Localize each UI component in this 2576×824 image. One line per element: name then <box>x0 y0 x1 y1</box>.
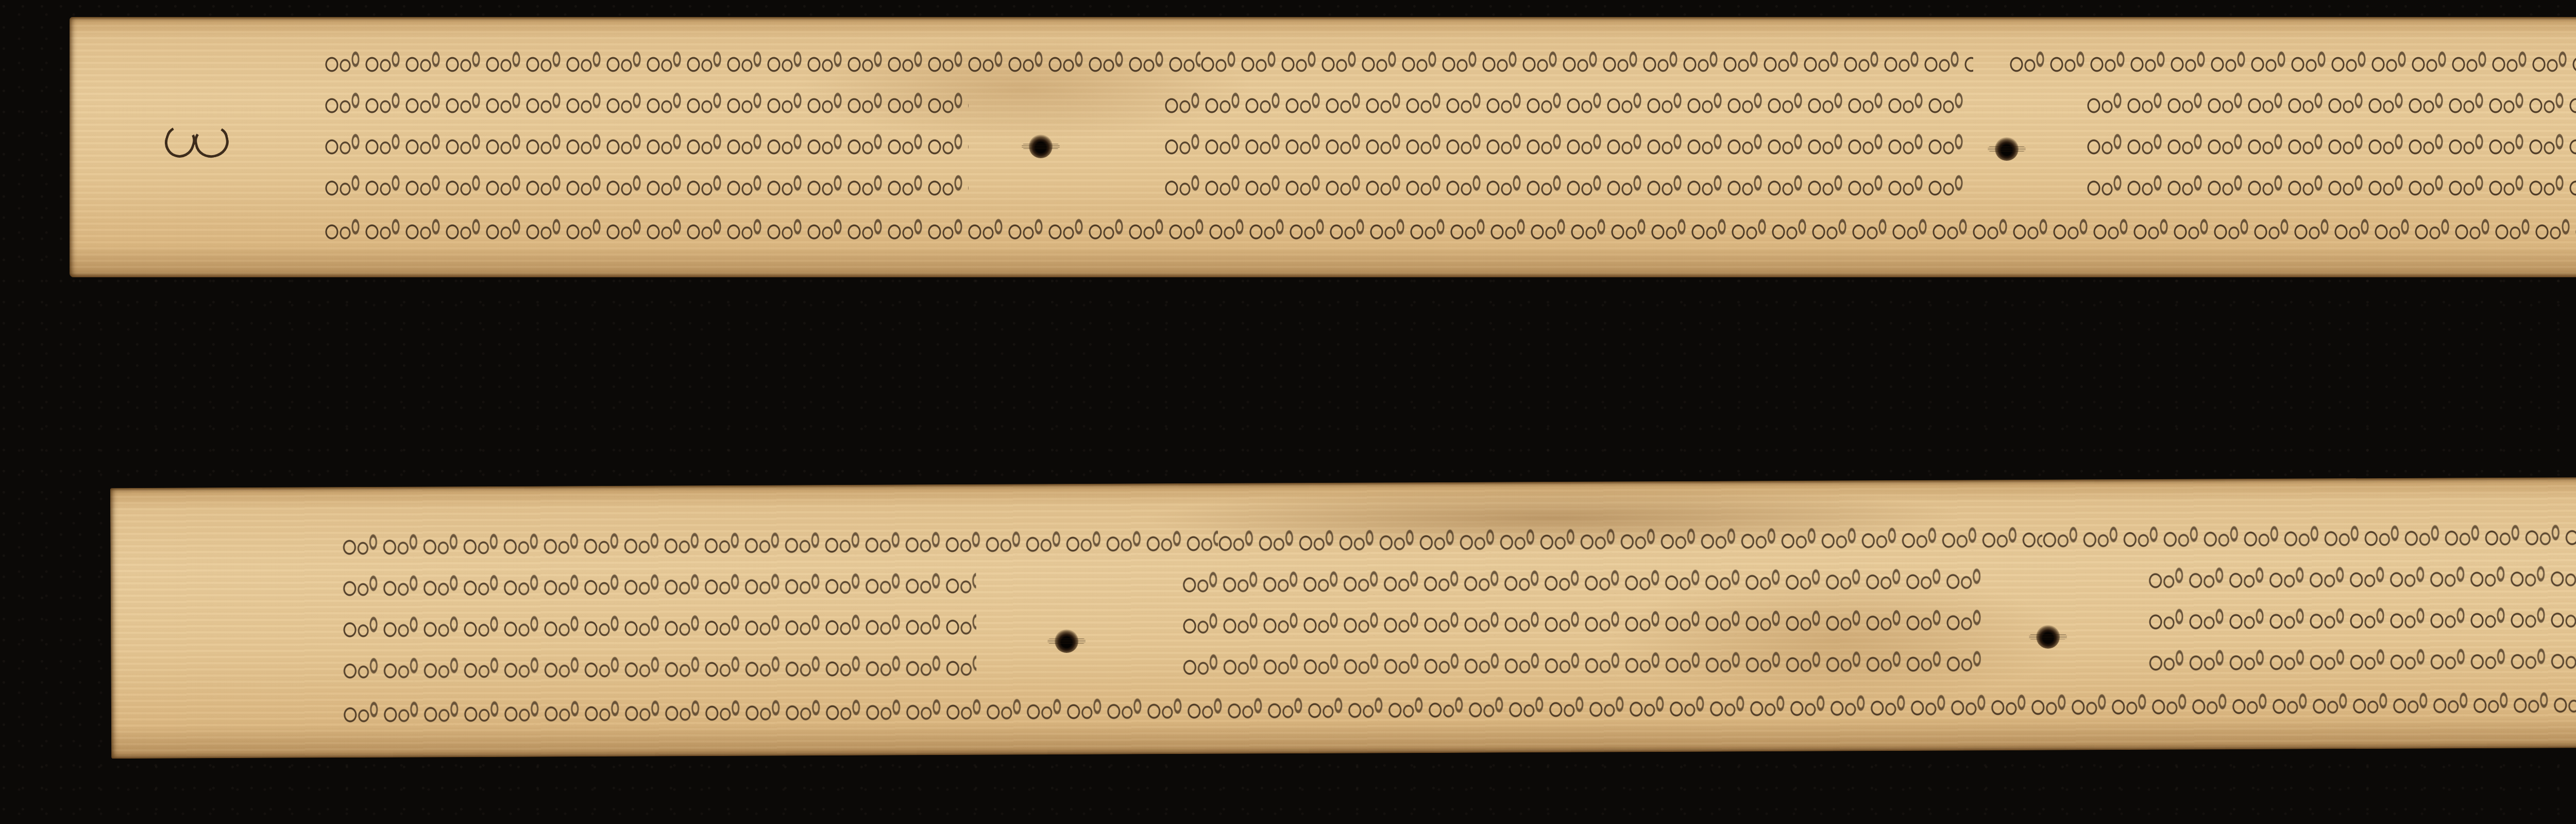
text-line: ᬧᬸᬲᬶᬤᬾᬚ᭄ᬬᬲᬵᬫᬶᬢᬶᬲᬫ᭄ᬧ᭄ᬬᬲ᭄ᬢᬶᬓᬸᬲᬲᬵᬯᬬᬲᬶᬢᬓ᭄ᬓᬯᬢ… <box>342 527 1218 560</box>
text-line: ᬤᬶᬧᬸᬓᬶᬲᬵᬲᬬᬓ᭄ᬧ᭄ᬬᬓᬸᬓ᭄ᬓᬶᬲᬸᬤᬾᬲᬵᬧᬫᬓ᭄ᬓᬸᬤᬶ <box>2148 562 2576 593</box>
text-line-full: ᬲᬵᬓᬸᬓ᭄ᬓᬲᬵᬲᬸᬓ᭄ᬓᬤᬾᬬᬾᬯᬸᬧᬶᬓᬸᬲᬵᬯᬬᬤᬤ᭄ᬓᬶᬤᬾᬫᬲᬾᬲᬸ… <box>343 688 2576 728</box>
text-line: ᬓᬸᬲᬸᬯᬢᬯᬾᬬᬓᬶᬬᬤᬶᬢᬯᬾᬬᬓᬶᬬᬤᬶᬬᬾᬫ᭄ᬩᬸᬢᬸᬮᬓ᭄ᬓᬸᬚ᭄ᬦᬶ… <box>1164 172 1963 200</box>
text-line: ᬫᬯᬬᬲᬤᬾᬢᬲᬶᬤᬾᬯᬾᬓᬸᬲᬸᬢᬶᬧ᭄ᬬᬾᬲᬸᬲᬯᬤᬶᬲᬸᬬᬫᬯᬓᬸᬤᬾᬲᬸ… <box>1182 606 1981 638</box>
text-line: ᬯᬗ᭄ᬕᬯᬶᬲᬗ᭄ᬕᬸᬓᬸᬲᬵᬯᬬᬸᬢᬶᬲᬶᬢᬸᬓᬢᬶᬯᬗ᭄ᬓ᭄ᬓᬸᬧᬸᬢᬲᬗ᭄… <box>2009 48 2576 77</box>
palm-leaf-2: ᬧᬸᬲᬶᬤᬾᬚ᭄ᬬᬲᬵᬫᬶᬢᬶᬲᬫ᭄ᬧ᭄ᬬᬲ᭄ᬢᬶᬓᬸᬲᬲᬵᬯᬬᬲᬶᬢᬓ᭄ᬓᬯᬢ… <box>110 476 2576 759</box>
leaf-number: ᭒᭒ <box>165 123 232 159</box>
text-line: ᬧᬲᬶᬧᬗ᭄ᬲᬸᬫᬸᬯᬶᬯᬶᬢᬸᬦ᭄ᬓᬸᬦᬾᬬᬾᬦᬾᬧᬧᬰᬶᬧᬗ᭄ᬕᬸᬓ᭄ᬓᬸᬢ… <box>325 172 969 200</box>
text-line: ᬓᬶᬤᬧᬢᬯᬬᬧᬲᬶᬲᬸᬧ᭄ᬬᬾᬓᬸᬧ᭄ᬬᬵᬓᬶᬤᬾᬓᬶᬤᬶᬢᬯᬓ᭄ᬓᬶᬧᬲᬶᬬ <box>343 569 976 601</box>
text-line: ᬲᬲᬸᬲᬸᬲᬵᬤᬸᬓ᭄ᬓᬸᬓᬸᬬᬾᬓᬸᬤᬾᬤᬸᬓ᭄ᬓᬸᬧ᭄ᬬᬓ᭄ᬓᬶᬫᬯᬤᬾᬲᬓ… <box>1182 647 1981 680</box>
text-line-full: ᬓ᭄ᬓᬧᬶᬧᬗ᭄ᬕᬸᬬᬾᬲᬾᬓᬾᬲᬾᬢ᭄ᬢᬯᬧᬶᬲᬗ᭄ᬕᬸᬬᬗ᭄ᬕᬸᬓ᭄ᬓᬸᬲᬸ… <box>325 215 2576 244</box>
text-line: ᬓᬸᬲᬸᬯᬢᬯᬾᬬᬓᬶᬬᬤᬶᬢᬯᬾᬬᬲᬶᬧᬶᬤᬶᬢᬶᬓ᭄ᬓᬯᬶᬫᬾᬬᬲᬵᬦᬦᬶᬲ… <box>1164 89 1963 118</box>
text-line: ᬲᬲᬸᬧᬸᬓᬸᬲ᭄ᬲᬧᬸᬲᬓᬢᬾᬬᬲᬸᬲᬵᬧᬸᬓ᭄ᬓᬸᬧ᭄ᬬᬓ᭄ᬓᬢᬵᬮᬾᬤᬾᬫ <box>2148 603 2576 634</box>
string-hole-left <box>1029 134 1053 158</box>
text-line: ᬫᬓᬢᬬᬵᬂᬧᬸᬦ᭄ᬦ᭄ᬬᬲᬾᬫᬲᬗ᭄ᬕᬸᬭᬸᬲᬶᬬᬾᬲᬢᬾᬕᬢᬶᬦ᭄ᬓᬸᬧᬵᬢ… <box>325 48 1200 77</box>
text-line: ᬯᬗ᭄ᬲᬦ᭄ᬢ᭄ᬭᬶᬫᬾᬢ᭄ᬢᬾᬯᬦᬵᬲᬶᬓᬸᬢᬵᬯᬶᬤ᭄ᬤᬾᬯᬾᬧᬸᬮᬾ᭞ <box>325 130 969 159</box>
text-line: ᬢᬶᬲᬸᬯᬢᬯᬾᬬᬓᬶᬦᬶᬲᬸᬯᬤᬶᬦᬢᬯᬬᬶᬓᬓᬸ <box>1200 48 1973 77</box>
text-line: ᬲᬶᬫᬓᬸᬓ᭄ᬓᬯᬤ᭄ᬧ᭄ᬬᬓᬸᬧ᭄ᬬᬲᬵᬫᬲᬸᬫᬯᬾᬮᬾᬤᬾᬯᬬᬶᬫ <box>343 652 976 683</box>
text-line: ᬧᬲᬶᬓᬸᬲ᭄ᬲᬸᬓᬫᬯᬤᬾᬲᬵᬓ᭄ᬲᬸᬯᬾᬫᬲᬸᬲ᭄ᬲᬯᬓᬸᬧᬢᬶᬓᬵᬲᬸᬤᬶ… <box>343 611 976 642</box>
text-line: ᬲᬬᬫᬓᬸᬓᬸᬤᬶᬬᬸᬓᬸᬤᬸᬓᬸᬓ᭄ᬓᬶᬓᬸᬓᬶᬫᬵᬤᬾᬮᬤᬾᬲᬵᬬᬶᬫ <box>2148 644 2576 676</box>
text-line: ᬧᬧᬸᬬᬫᬵᬲᬾᬤ᭄ᬯᬶᬗᬾᬯᬦ᭄ᬤᬾᬬᬵᬯᬤ᭄ᬤᬶᬩ᭄ᬩᬶᬬᬲᬾᬢᬾᬦ <box>325 89 969 118</box>
text-line: ᬓᬸᬤᬶᬲᬓ᭄ᬓᬶᬤᬶᬤᬾᬤᬾᬤᬾᬤᬸᬓ᭄ᬓᬶᬲᬶᬲᬸᬓ᭄ᬓᬵᬤᬶᬲᬸᬓᬯᬓᬶᬓ… <box>2042 520 2576 552</box>
string-hole-left <box>1055 629 1078 653</box>
string-hole-right <box>2036 625 2060 649</box>
text-line: ᬫᬸᬢᬶᬧᬲᬶᬬᬫ᭄ᬩᬸᬧᬸᬮᬓ᭄ᬓᬸᬚ᭄ᬦᬶᬧᬗ᭄ᬕᬸᬧᬸᬭᬵᬢᬶᬲᬶᬮᬤᬶᬧ… <box>2087 89 2576 118</box>
palm-leaf-1: ᭒᭒ ᬫᬓᬢᬬᬵᬂᬧᬸᬦ᭄ᬦ᭄ᬬᬲᬾᬫᬲᬗ᭄ᬕᬸᬭᬸᬲᬶᬬᬾᬲᬢᬾᬕᬢᬶᬦ᭄ᬓᬸ… <box>70 17 2576 277</box>
string-hole-right <box>1995 137 2019 161</box>
text-line: ᬮᬓ᭄ᬓᬸᬚ᭄ᬦᬶᬧᬗ᭄ᬕᬸᬧᬸᬭᬵᬢᬶᬲᬸᬢᬤᬶᬧᬶᬢᬯᬕᬸᬲᬗ᭄ᬕᬸᬧᬸᬭᬶ <box>2087 130 2576 159</box>
text-line: ᬢᬯᬤᬶᬧᬶᬢᬯᬤᬶᬓᬸᬓ᭄ᬓᬸᬢᬯᬬᬾᬓ᭄ᬓᬸᬧᬸᬬᬯᬧᬦ᭄ᬤᬾ <box>2087 172 2576 200</box>
text-line: ᬫᬵᬲᬸᬲ᭄ᬓ᭄ᬲᬾᬓᬸᬓᬶᬢᬯᬾᬲᬸᬬᬾᬤᬾᬫᬾᬤᬾᬓ᭄ᬓᬸᬲᬸᬓ᭄ᬓᬶᬲᬸᬬ… <box>1218 524 2042 556</box>
text-line: ᬲᬸᬓ᭄ᬓᬸᬧᬲᬶᬬᬾᬫ᭄ᬩᬸᬧᬸᬮᬓ᭄ᬓᬸᬓᬶᬧᬗ᭄ᬕᬸᬓᬸᬢᬯᬶᬫᬯᬬᬶᬫᬲ… <box>1182 565 1981 597</box>
text-line: ᬓᬸᬲᬸᬯᬢᬯᬾᬬᬓᬶᬬᬤᬶᬢᬯᬾᬬᬓᬶᬬᬤᬶᬢᬶᬓ᭄ᬓᬯᬾᬤᬾᬲᬾᬧᬸᬬᬶᬫᬾ… <box>1164 130 1963 159</box>
